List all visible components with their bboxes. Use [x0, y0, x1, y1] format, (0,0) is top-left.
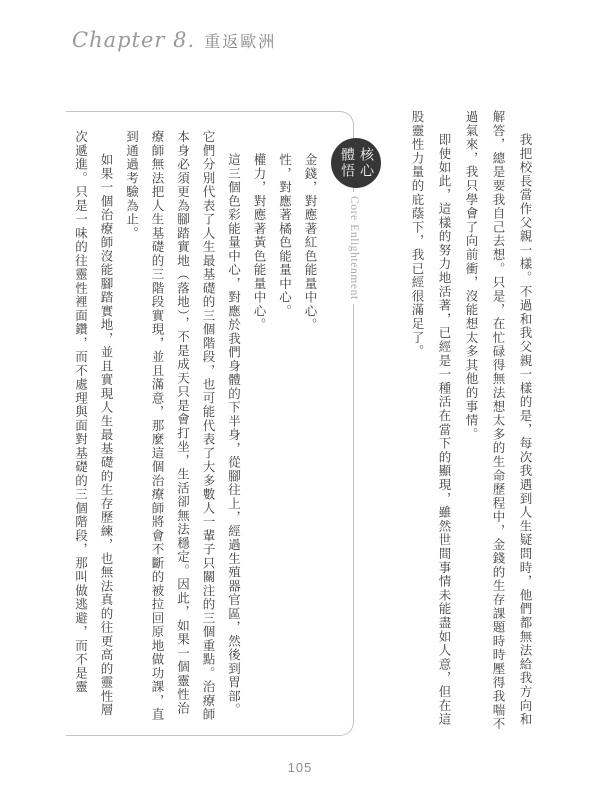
main-paragraph: 我把校長當作父親一樣。不過和我父親一樣的是，每次我遇到人生疑問時，他們都無法給我… [457, 110, 538, 732]
badge-label-right-column: 核心 [356, 147, 375, 179]
badge-label-left-column: 體悟 [337, 147, 356, 179]
main-body-text: 我把校長當作父親一樣。不過和我父親一樣的是，每次我遇到人生疑問時，他們都無法給我… [398, 110, 538, 732]
callout-paragraph: 權力，對應著黃色能量中心。 [246, 130, 272, 726]
chapter-header: Chapter 8. 重返歐洲 [72, 28, 276, 52]
core-enlightenment-badge: 核心 體悟 [331, 138, 381, 188]
badge-label: 核心 體悟 [337, 147, 375, 179]
callout-body-text: 金錢，對應著紅色能量中心。 性，對應著橘色能量中心。 權力，對應著黃色能量中心。… [60, 130, 322, 726]
chapter-title: 重返歐洲 [204, 29, 276, 52]
page-number: 105 [0, 760, 600, 775]
chapter-number-script: Chapter 8. [72, 28, 195, 52]
main-paragraph: 即使如此，這樣的努力地活著，已經是一種活在當下的顯現，雖然世間事情未能盡如人意，… [403, 110, 457, 732]
callout-paragraph: 如果一個治療師沒能腳踏實地，並且實現人生最基礎的生存歷練，也無法真的往更高的靈性… [67, 130, 118, 726]
callout-paragraph: 性，對應著橘色能量中心。 [271, 130, 297, 726]
callout-paragraph: 這三個色彩能量中心，對應於我們身體的下半身，從腳往上，經過生殖器官區，然後到胃部… [118, 130, 246, 726]
callout-paragraph: 金錢，對應著紅色能量中心。 [297, 130, 323, 726]
callout-english-subtitle: Core Enlightenment [346, 192, 361, 304]
